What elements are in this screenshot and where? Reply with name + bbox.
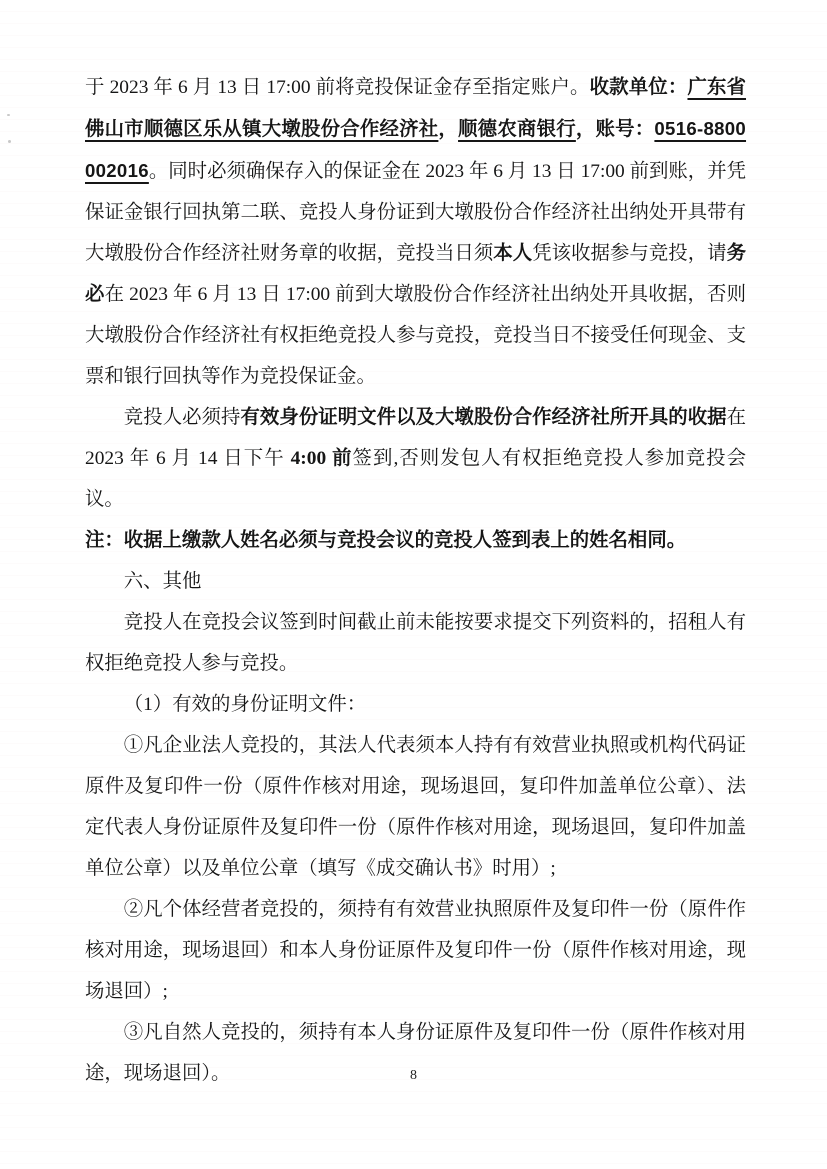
text-run: 有效身份证明文件以及大墩股份合作经济社所开具的收据 [240, 407, 726, 428]
paragraph: 六、其他 [85, 561, 746, 602]
text-run: 收款单位： [590, 77, 688, 98]
text-run: ， [438, 119, 458, 140]
text-run: 六、其他 [124, 571, 202, 592]
text-run: ②凡个体经营者竞投的，须持有有效营业执照原件及复印件一份（原件作核对用途，现场退… [85, 899, 746, 1002]
text-run: 竞投人必须持 [124, 407, 241, 428]
scan-speck [8, 140, 11, 143]
paragraph: 竞投人必须持有效身份证明文件以及大墩股份合作经济社所开具的收据在 2023 年 … [85, 397, 746, 520]
text-run: ，账号： [576, 119, 655, 140]
text-run: （1）有效的身份证明文件： [124, 694, 366, 715]
text-run: 注：收据上缴款人姓名必须与竞投会议的竞投人签到表上的姓名相同。 [85, 530, 686, 551]
paragraph: （1）有效的身份证明文件： [85, 684, 746, 725]
text-run: 4:00 前 [291, 448, 353, 469]
text-run: 顺德农商银行 [458, 119, 576, 140]
text-run: 本人 [493, 243, 532, 264]
text-run: ①凡企业法人竞投的，其法人代表须本人持有有效营业执照或机构代码证原件及复印件一份… [85, 735, 746, 879]
page-number: 8 [0, 1068, 827, 1084]
document-body: 于 2023 年 6 月 13 日 17:00 前将竞投保证金存至指定账户。收款… [85, 67, 746, 1094]
paragraph: 竞投人在竞投会议签到时间截止前未能按要求提交下列资料的，招租人有权拒绝竞投人参与… [85, 602, 746, 684]
scan-speck [7, 114, 10, 116]
text-run: 在 2023 年 6 月 13 日 17:00 前到大墩股份合作经济社出纳处开具… [85, 284, 746, 387]
paragraph: 于 2023 年 6 月 13 日 17:00 前将竞投保证金存至指定账户。收款… [85, 67, 746, 397]
text-run: 于 2023 年 6 月 13 日 17:00 前将竞投保证金存至指定账户。 [85, 77, 590, 98]
paragraph: ①凡企业法人竞投的，其法人代表须本人持有有效营业执照或机构代码证原件及复印件一份… [85, 725, 746, 889]
text-run: 凭该收据参与竞投，请 [532, 243, 726, 264]
document-page: 于 2023 年 6 月 13 日 17:00 前将竞投保证金存至指定账户。收款… [0, 0, 827, 1169]
paragraph: ②凡个体经营者竞投的，须持有有效营业执照原件及复印件一份（原件作核对用途，现场退… [85, 889, 746, 1012]
text-run: 竞投人在竞投会议签到时间截止前未能按要求提交下列资料的，招租人有权拒绝竞投人参与… [85, 612, 746, 674]
paragraph: 注：收据上缴款人姓名必须与竞投会议的竞投人签到表上的姓名相同。 [85, 520, 746, 561]
